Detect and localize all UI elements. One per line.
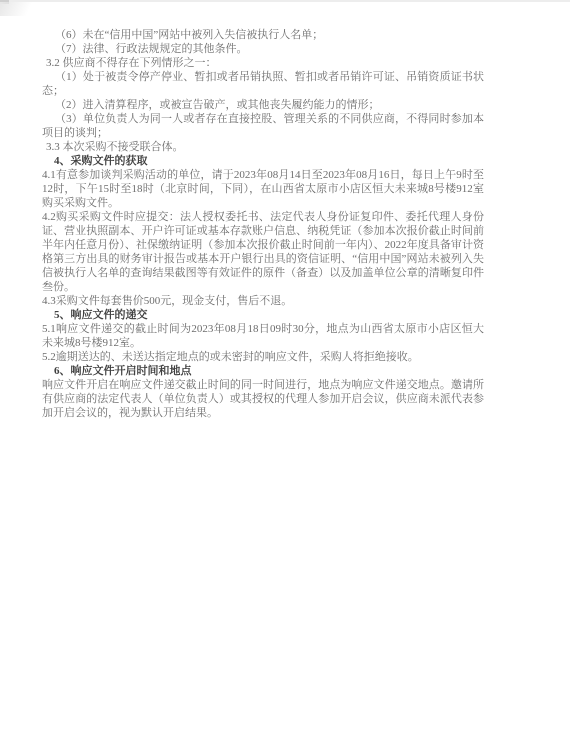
paragraph-5-2: 5.2逾期送达的、未送达指定地点的或未密封的响应文件，采购人将拒绝接收。 — [42, 350, 484, 364]
list-item-6: （6）未在“信用中国”网站中被列入失信被执行人名单； — [42, 28, 484, 42]
section-heading-5: 5、响应文件的递交 — [42, 308, 484, 322]
clause-3-3: 3.3 本次采购不接受联合体。 — [42, 140, 484, 154]
clause-3-2: 3.2 供应商不得存在下列情形之一： — [42, 56, 484, 70]
page-corner-artifact — [0, 2, 48, 16]
paragraph-4-2: 4.2购买采购文件时应提交：法人授权委托书、法定代表人身份证复印件、委托代理人身… — [42, 210, 484, 294]
paragraph-4-1: 4.1有意参加谈判采购活动的单位，请于2023年08月14日至2023年08月1… — [42, 168, 484, 210]
paragraph-6-body: 响应文件开启在响应文件递交截止时间的同一时间进行，地点为响应文件递交地点。邀请所… — [42, 378, 484, 420]
list-item-1: （1）处于被责令停产停业、暂扣或者吊销执照、暂扣或者吊销许可证、吊销资质证书状态… — [42, 70, 484, 98]
paragraph-4-3: 4.3采购文件每套售价500元，现金支付，售后不退。 — [42, 294, 484, 308]
list-item-7: （7）法律、行政法规规定的其他条件。 — [42, 42, 484, 56]
list-item-3: （3）单位负责人为同一人或者存在直接控股、管理关系的不同供应商，不得同时参加本项… — [42, 112, 484, 140]
section-heading-4: 4、采购文件的获取 — [42, 154, 484, 168]
paragraph-5-1: 5.1响应文件递交的截止时间为2023年08月18日09时30分，地点为山西省太… — [42, 322, 484, 350]
list-item-2: （2）进入清算程序，或被宣告破产，或其他丧失履约能力的情形； — [42, 98, 484, 112]
page-top-edge — [0, 0, 570, 2]
section-heading-6: 6、响应文件开启时间和地点 — [42, 364, 484, 378]
document-page: （6）未在“信用中国”网站中被列入失信被执行人名单； （7）法律、行政法规规定的… — [0, 0, 570, 737]
